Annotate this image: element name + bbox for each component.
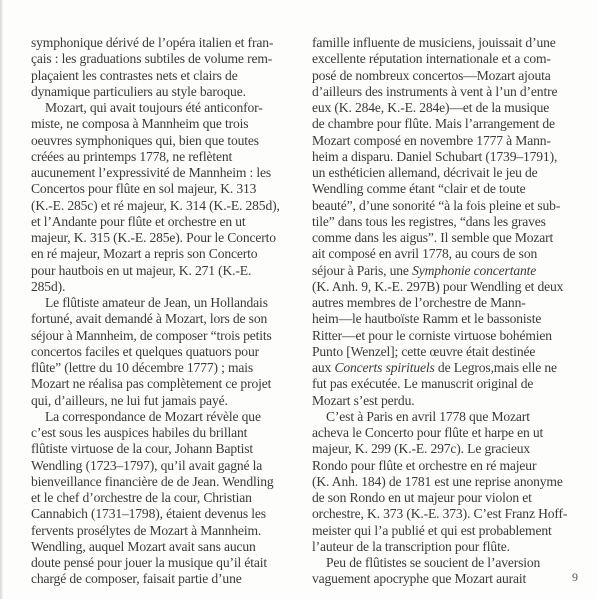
text-line: vaguement apocryphe que Mozart aurait [312,571,574,587]
text-line: (K. Anh. 184) de 1781 est une reprise an… [312,474,574,490]
text-line: beauté”, d’une sonorité “à la fois plein… [312,198,574,214]
text-line: un esthéticien allemand, décrivait le je… [312,165,574,181]
right-column: famille influente de musiciens, jouissai… [312,35,574,588]
text-line: concertos faciles et quelques quatuors p… [31,344,293,360]
text-line: majeur, K. 315 (K.-E. 285e). Pour le Con… [31,230,293,246]
page-edge-shadow [0,0,3,599]
text-line: tile” dans tous les registres, “dans les… [312,214,574,230]
text-line: famille influente de musiciens, jouissai… [312,35,574,51]
text-line: aucunement l’expressivité de Mannheim : … [31,165,293,181]
text-line: aux Concerts spirituels de Legros,mais e… [312,360,574,376]
text-line: oeuvres symphoniques qui, bien que toute… [31,133,293,149]
text-line: meister qui l’a publié et qui est probab… [312,523,574,539]
text-line: orchestre, K. 373 (K.-E. 373). C’est Fra… [312,506,574,522]
text-line: en ré majeur, Mozart a repris son Concer… [31,246,293,262]
text-line: Mozart ne réalisa pas complètement ce pr… [31,376,293,392]
text-line: et l’Andante pour flûte et orchestre en … [31,214,293,230]
text-line: eux (K. 284e, K.-E. 284e)—et de la musiq… [312,100,574,116]
text-line: fut pas exécutée. Le manuscrit original … [312,376,574,392]
text-line: majeur, K. 299 (K.-E. 297c). Le gracieux [312,441,574,457]
text-line: Rondo pour flûte et orchestre en ré maje… [312,458,574,474]
text-line: Wendling, auquel Mozart avait sans aucun [31,539,293,555]
text-line: fortuné, avait demandé à Mozart, lors de… [31,311,293,327]
text-line: Mozart, qui avait toujours été anticonfo… [31,100,293,116]
text-line: heim—le hautboïste Ramm et le bassoniste [312,311,574,327]
text-line: excellente réputation internationale et … [312,51,574,67]
text-line: heim a disparu. Daniel Schubart (1739–17… [312,149,574,165]
text-line: çais : les graduations subtiles de volum… [31,51,293,67]
text-line: qui, d’ailleurs, ne lui fut jamais payé. [31,393,293,409]
text-line: créées au printemps 1778, ne reflètent [31,149,293,165]
text-line: Wendling (1723–1797), qu’il avait gagné … [31,458,293,474]
text-line: comme dans les aigus”. Il semble que Moz… [312,230,574,246]
text-line: séjour à Mannheim, de composer “trois pe… [31,328,293,344]
text-line: Mozart s’est perdu. [312,393,574,409]
left-column: symphonique dérivé de l’opéra italien et… [31,35,293,588]
text-line: autres membres de l’orchestre de Mann- [312,295,574,311]
text-line: bienveillance financière de de Jean. Wen… [31,474,293,490]
page-number: 9 [572,570,578,585]
text-line: doute pensé pour jouer la musique qu’il … [31,555,293,571]
text-line: et le chef d’orchestre de la cour, Chris… [31,490,293,506]
text-line: Wendling comme étant “clair et de toute [312,181,574,197]
text-segment: séjour à Paris, une [312,263,412,278]
text-line: séjour à Paris, une Symphonie concertant… [312,263,574,279]
text-line: C’est à Paris en avril 1778 que Mozart [312,409,574,425]
text-line: miste, ne composa à Mannheim que trois [31,116,293,132]
text-line: pour hautbois en ut majeur, K. 271 (K.-E… [31,263,293,279]
text-line: Le flûtiste amateur de Jean, un Hollanda… [31,295,293,311]
text-line: (K.-E. 285c) et ré majeur, K. 314 (K.-E.… [31,198,293,214]
text-line: flûtiste virtuose de la cour, Johann Bap… [31,441,293,457]
text-line: ait composé en avril 1778, au cours de s… [312,246,574,262]
text-line: dynamique particuliers au style baroque. [31,84,293,100]
text-line: chargé de composer, faisait partie d’une [31,571,293,587]
text-line: Punto [Wenzel]; cette œuvre était destin… [312,344,574,360]
text-line: flûte” (lettre du 10 décembre 1777) ; ma… [31,360,293,376]
text-line: d’ailleurs des instruments à vent à l’un… [312,84,574,100]
text-line: c’est sous les auspices habiles du brill… [31,425,293,441]
text-segment: aux [312,360,334,375]
text-line: Peu de flûtistes se soucient de l’aversi… [312,555,574,571]
text-line: fervents prosélytes de Mozart à Mannheim… [31,523,293,539]
text-line: de son Rondo en ut majeur pour violon et [312,490,574,506]
text-line: de chambre pour flûte. Mais l’arrangemen… [312,116,574,132]
text-line: Mozart composé en novembre 1777 à Mann- [312,133,574,149]
text-line: La correspondance de Mozart révèle que [31,409,293,425]
text-line: l’auteur de la transcription pour flûte. [312,539,574,555]
italic-title: Concerts spirituels [334,360,434,375]
text-line: symphonique dérivé de l’opéra italien et… [31,35,293,51]
italic-title: Symphonie concertante [412,263,536,278]
text-line: (K. Anh. 9, K.-E. 297B) pour Wendling et… [312,279,574,295]
text-line: Ritter—et pour le corniste virtuose bohé… [312,328,574,344]
text-line: plaçaient les contrastes nets et clairs … [31,68,293,84]
text-line: posé de nombreux concertos—Mozart ajouta [312,68,574,84]
text-line: acheva le Concerto pour flûte et harpe e… [312,425,574,441]
text-line: 285d). [31,279,293,295]
text-segment: de Legros,mais elle ne [435,360,557,375]
text-line: Cannabich (1731–1798), étaient devenus l… [31,506,293,522]
text-line: Concertos pour flûte en sol majeur, K. 3… [31,181,293,197]
